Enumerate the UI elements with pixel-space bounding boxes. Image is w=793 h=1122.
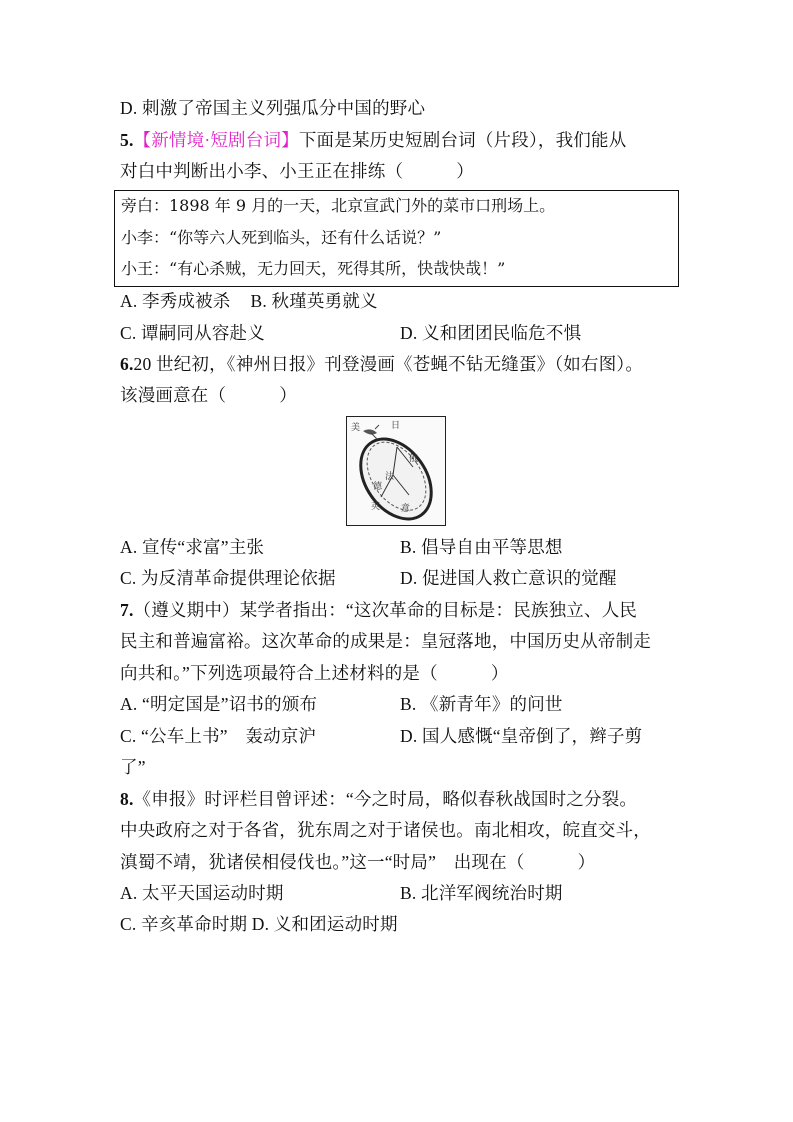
q6-stem-text: 20 世纪初，《神州日报》刊登漫画《苍蝇不钻无缝蛋》（如右图）。 xyxy=(134,354,644,374)
q5-option-row1: A. 李秀成被杀B. 秋瑾英勇就义 xyxy=(120,290,378,312)
label-france: 法 xyxy=(385,469,394,482)
cartoon-egg-with-flies-icon xyxy=(347,417,445,525)
q7-option-c[interactable]: C. “公车上书” 轰动京沪 xyxy=(120,726,316,746)
q8-number: 8. xyxy=(120,789,134,809)
q8-stem-line1: 8.《申报》时评栏目曾评述：“今之时局，略似春秋战国时之分裂。 xyxy=(120,788,637,810)
q8-option-row1: A. 太平天国运动时期 B. 北洋军阀统治时期 xyxy=(120,882,680,904)
q6-stem-line2: 该漫画意在（ ） xyxy=(120,384,297,406)
q7-option-a[interactable]: A. “明定国是”诏书的颁布 xyxy=(120,694,317,714)
label-germany: 德 xyxy=(373,479,382,492)
q6-option-b[interactable]: B. 倡导自由平等思想 xyxy=(400,536,563,558)
q5-context-tag: 【新情境·短剧台词】 xyxy=(134,130,299,150)
q5-option-a[interactable]: A. 李秀成被杀 xyxy=(120,291,231,311)
label-britain: 英 xyxy=(371,499,380,512)
q6-stem-line1: 6.20 世纪初，《神州日报》刊登漫画《苍蝇不钻无缝蛋》（如右图）。 xyxy=(120,353,643,375)
label-usa: 美 xyxy=(351,420,360,433)
q7-stem-line1: 7.（遵义期中）某学者指出：“这次革命的目标是：民族独立、人民 xyxy=(120,599,637,621)
q6-number: 6. xyxy=(120,354,134,374)
q6-option-row1: A. 宣传“求富”主张 B. 倡导自由平等思想 xyxy=(120,536,680,558)
q7-option-b[interactable]: B. 《新青年》的问世 xyxy=(400,693,563,715)
q6-option-a[interactable]: A. 宣传“求富”主张 xyxy=(120,537,264,557)
q7-option-row1: A. “明定国是”诏书的颁布 B. 《新青年》的问世 xyxy=(120,693,680,715)
q6-option-c[interactable]: C. 为反清革命提供理论依据 xyxy=(120,568,336,588)
dialog-narrator: 旁白：1898 年 9 月的一天，北京宣武门外的菜市口刑场上。 xyxy=(121,196,555,216)
q8-option-row2[interactable]: C. 辛亥革命时期 D. 义和团运动时期 xyxy=(120,913,398,935)
q7-stem-text: （遵义期中）某学者指出：“这次革命的目标是：民族独立、人民 xyxy=(134,600,638,620)
label-russia: 俄 xyxy=(409,451,418,464)
q5-stem-line1: 5.【新情境·短剧台词】下面是某历史短剧台词（片段），我们能从 xyxy=(120,129,626,151)
q7-stem-line3: 向共和。”下列选项最符合上述材料的是（ ） xyxy=(120,662,509,684)
q5-option-c[interactable]: C. 谭嗣同从容赴义 xyxy=(120,323,265,343)
label-japan: 日 xyxy=(391,418,400,431)
q6-cartoon-image: 美 日 俄 法 德 英 意 xyxy=(346,416,446,526)
dialog-xiaoli: 小李：“你等六人死到临头，还有什么话说？” xyxy=(121,228,441,248)
q4-option-d: D. 刺激了帝国主义列强瓜分中国的野心 xyxy=(120,97,425,119)
q7-number: 7. xyxy=(120,600,134,620)
q5-option-b[interactable]: B. 秋瑾英勇就义 xyxy=(251,291,378,311)
dialog-xiaowang: 小王：“有心杀贼，无力回天，死得其所，快哉快哉！” xyxy=(121,259,505,279)
q7-option-d[interactable]: D. 国人感慨“皇帝倒了，辫子剪 xyxy=(400,725,642,747)
q5-option-row2: C. 谭嗣同从容赴义 D. 义和团团民临危不惧 xyxy=(120,322,680,344)
q8-stem-line3: 滇蜀不靖，犹诸侯相侵伐也。”这一“时局” 出现在（ ） xyxy=(120,851,595,873)
q6-option-d[interactable]: D. 促进国人救亡意识的觉醒 xyxy=(400,567,617,589)
q7-option-row2: C. “公车上书” 轰动京沪 D. 国人感慨“皇帝倒了，辫子剪 xyxy=(120,725,680,747)
q5-stem-text: 下面是某历史短剧台词（片段），我们能从 xyxy=(299,130,627,150)
q5-stem-line2: 对白中判断出小李、小王正在排练（ ） xyxy=(120,160,474,182)
q7-option-d-continued: 了” xyxy=(120,756,146,778)
q8-stem-line2: 中央政府之对于各省，犹东周之对于诸侯也。南北相攻，皖直交斗， xyxy=(120,819,651,841)
q5-number: 5. xyxy=(120,130,134,150)
q8-option-b[interactable]: B. 北洋军阀统治时期 xyxy=(400,882,563,904)
q5-dialog-box: 旁白：1898 年 9 月的一天，北京宣武门外的菜市口刑场上。 小李：“你等六人… xyxy=(114,190,679,287)
q5-option-d[interactable]: D. 义和团团民临危不惧 xyxy=(400,322,581,344)
label-italy: 意 xyxy=(401,501,410,514)
q8-stem-text: 《申报》时评栏目曾评述：“今之时局，略似春秋战国时之分裂。 xyxy=(134,789,638,809)
q7-stem-line2: 民主和普遍富裕。这次革命的成果是：皇冠落地，中国历史从帝制走 xyxy=(120,630,651,652)
q6-option-row2: C. 为反清革命提供理论依据 D. 促进国人救亡意识的觉醒 xyxy=(120,567,680,589)
q8-option-a[interactable]: A. 太平天国运动时期 xyxy=(120,883,284,903)
